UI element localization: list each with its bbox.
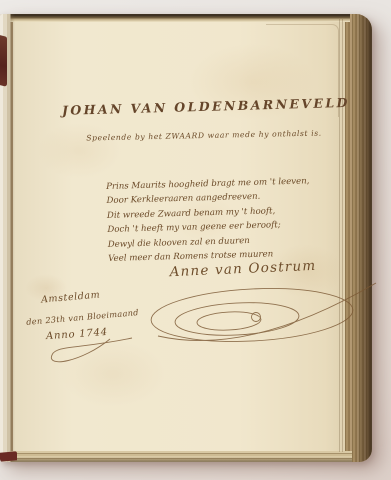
signature-flourish [128, 272, 378, 354]
book-top-edge [9, 14, 350, 22]
book-bottom-edge [10, 451, 352, 462]
cover-sliver-bottom [0, 451, 17, 461]
photo-of-open-book: JOHAN VAN OLDENBARNEVELD Speelende by he… [0, 0, 391, 480]
dateline-flourish [36, 336, 136, 372]
poem: Prins Maurits hoogheid bragt me om 't le… [106, 174, 312, 266]
cover-sliver-top [0, 35, 7, 87]
book-fore-edge [343, 14, 372, 462]
page-layer-lines [339, 19, 345, 452]
